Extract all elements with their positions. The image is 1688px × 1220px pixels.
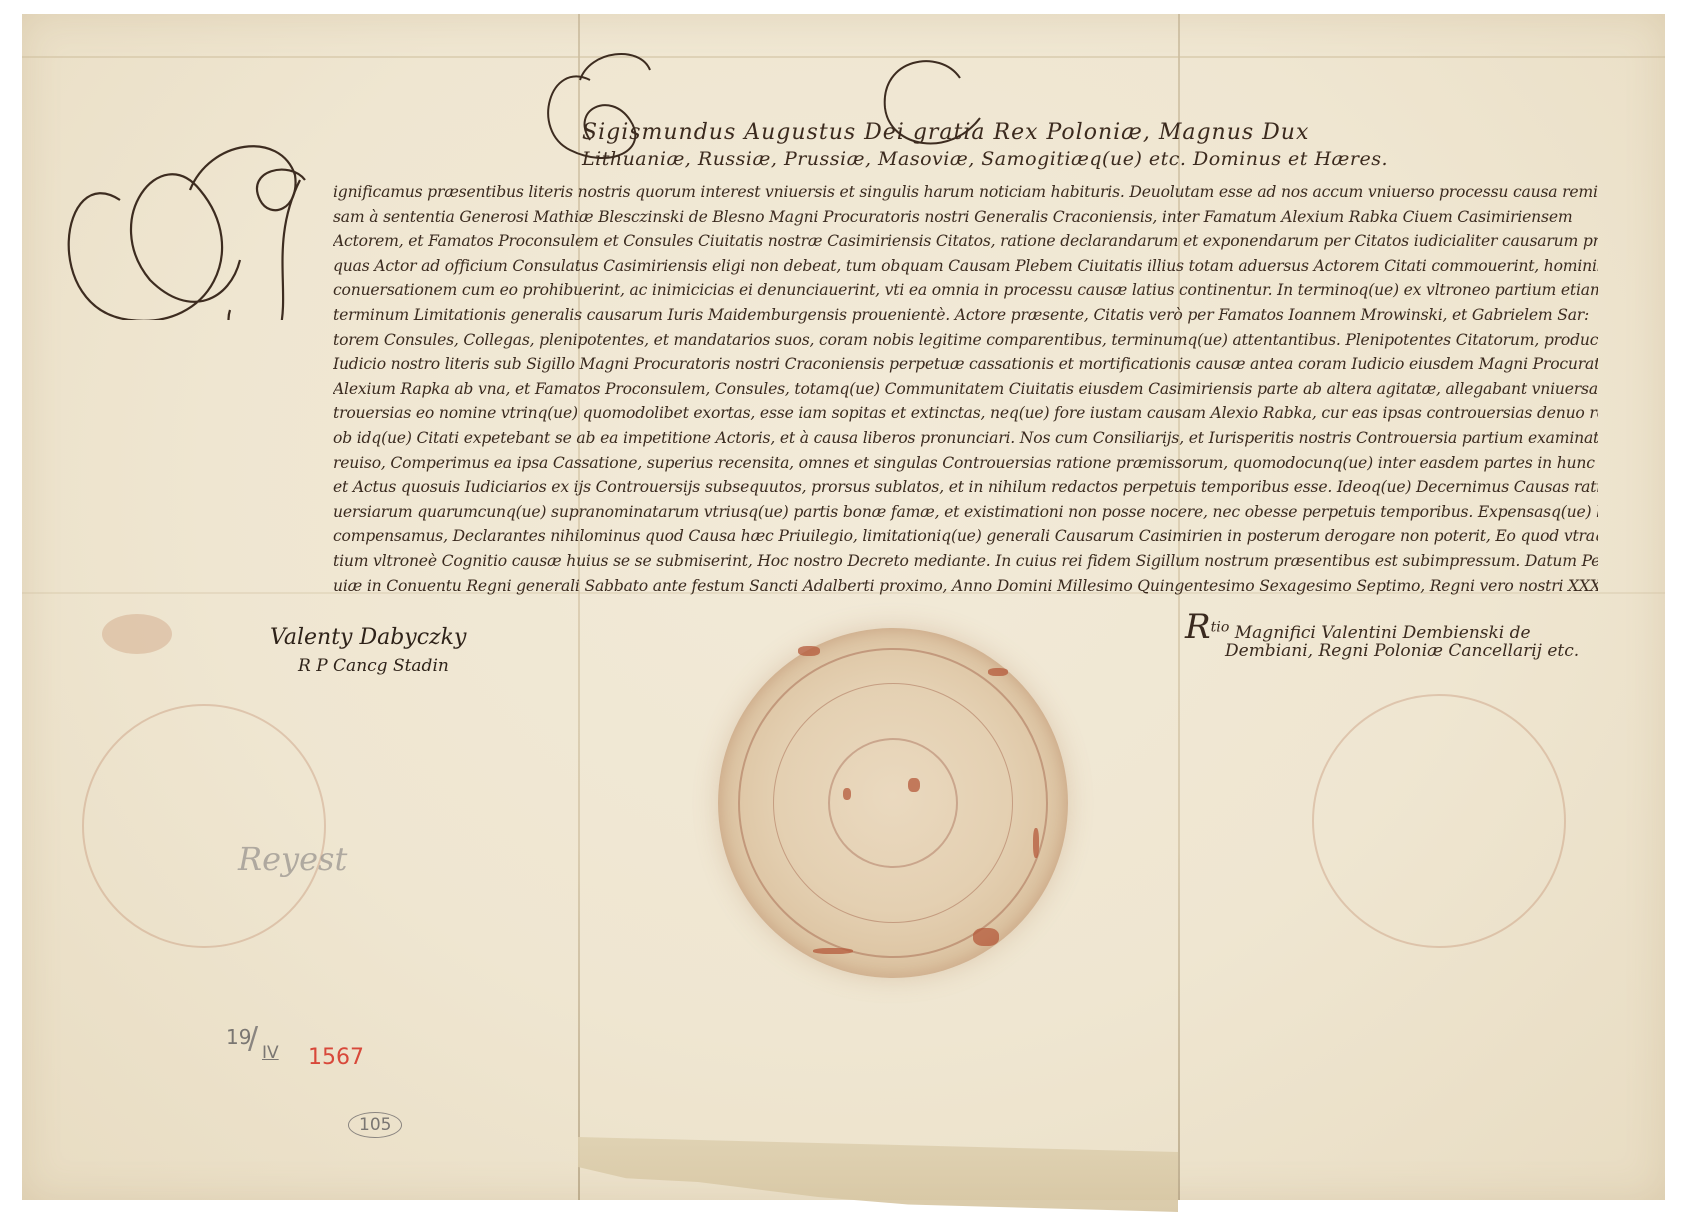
subscription-right: Rtio Magnifici Valentini Dembienski de D… <box>1185 607 1579 661</box>
wax-fragment <box>813 948 853 954</box>
wax-fragment <box>843 788 851 800</box>
stain <box>102 614 172 654</box>
body-line: quas Actor ad officium Consulatus Casimi… <box>333 254 1598 279</box>
wax-fragment <box>1033 828 1039 858</box>
body-line: Iudicio nostro literis sub Sigillo Magni… <box>333 352 1598 377</box>
heading-line-2: Lithuaniæ, Russiæ, Prussiæ, Masoviæ, Sam… <box>582 148 1388 170</box>
body-line: Actorem, et Famatos Proconsulem et Consu… <box>333 229 1598 254</box>
wax-fragment <box>908 778 920 792</box>
body-line: reuiso, Comperimus ea ipsa Cassatione, s… <box>333 451 1598 476</box>
wax-fragment <box>798 646 820 656</box>
subscription-left: Valenty Dabyczky R P Cancg Stadin <box>270 625 466 676</box>
body-line: Alexium Rapka ab vna, et Famatos Procons… <box>333 377 1598 402</box>
chancellor-line-1: Magnifici Valentini Dembienski de <box>1235 623 1531 643</box>
signature-title: R P Cancg Stadin <box>298 656 466 676</box>
date-slash: / <box>248 1021 258 1056</box>
wax-fragment <box>988 668 1008 676</box>
pencil-annotation: Reyest <box>238 840 347 878</box>
body-line: sam à sententia Generosi Mathiæ Blesczin… <box>333 205 1598 230</box>
body-line: uersiarum quarumcunq(ue) supranominataru… <box>333 500 1598 525</box>
decorated-initial-s-large <box>40 80 330 320</box>
wax-fragment <box>973 928 999 946</box>
relatio-superscript: tio <box>1211 619 1230 635</box>
date-year: 1567 <box>308 1045 364 1070</box>
body-line: terminum Limitationis generalis causarum… <box>333 303 1598 328</box>
decree-body: ignificamus præsentibus literis nostris … <box>333 180 1598 598</box>
top-edge-fold <box>22 56 1665 58</box>
relatio-initial: R <box>1185 607 1211 647</box>
body-line: et Actus quosuis Iudiciarios ex ijs Cont… <box>333 475 1598 500</box>
body-line: tium vltroneè Cognitio causæ huius se se… <box>333 549 1598 574</box>
folio-number: 105 <box>348 1112 402 1138</box>
signature-name: Valenty Dabyczky <box>270 625 466 650</box>
body-line: conuersationem cum eo prohibuerint, ac i… <box>333 278 1598 303</box>
seal-shield <box>828 738 958 868</box>
body-line: torem Consules, Collegas, plenipotentes,… <box>333 328 1598 353</box>
body-line: ignificamus præsentibus literis nostris … <box>333 180 1598 205</box>
torn-bottom-flap <box>578 1137 1178 1212</box>
heading-line-1: Sigismundus Augustus Dei gratia Rex Polo… <box>582 120 1309 145</box>
ghost-seal-ring-left <box>82 704 326 948</box>
chancellor-line-2: Dembiani, Regni Poloniæ Cancellarij etc. <box>1225 641 1579 661</box>
wax-seal <box>718 628 1068 978</box>
body-line: uiæ in Conuentu Regni generali Sabbato a… <box>333 574 1598 599</box>
body-line: compensamus, Declarantes nihilominus quo… <box>333 524 1598 549</box>
date-month: IV <box>262 1043 279 1063</box>
ghost-seal-ring-right <box>1312 694 1566 948</box>
body-line: ob idq(ue) Citati expetebant se ab ea im… <box>333 426 1598 451</box>
body-line: trouersias eo nomine vtrinq(ue) quomodol… <box>333 401 1598 426</box>
